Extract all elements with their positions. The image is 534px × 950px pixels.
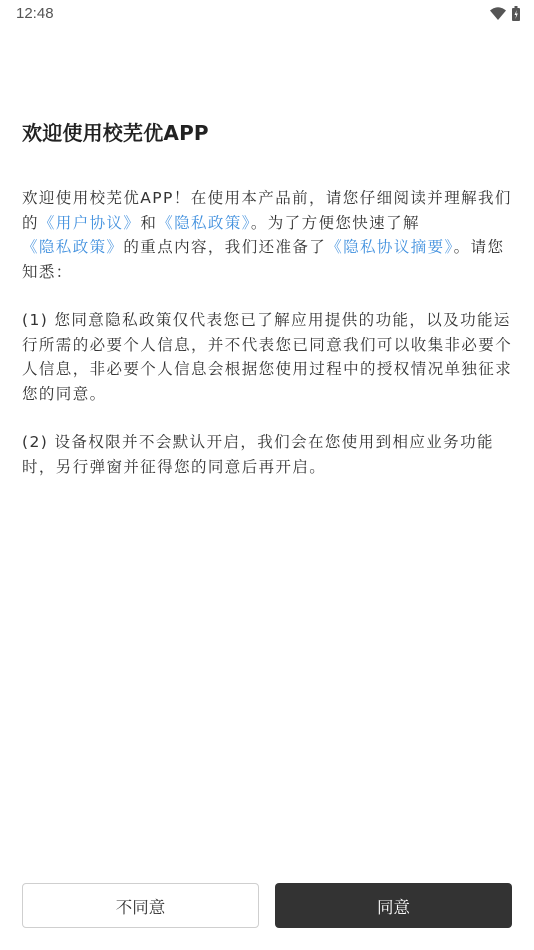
privacy-policy-link-2[interactable]: 《隐私政策》: [22, 238, 123, 256]
user-agreement-link[interactable]: 《用户协议》: [39, 214, 140, 232]
privacy-policy-link[interactable]: 《隐私政策》: [157, 214, 251, 232]
intro-paragraph: 欢迎使用校芜优APP！在使用本产品前，请您仔细阅读并理解我们的《用户协议》和《隐…: [22, 186, 514, 284]
intro-text: 的重点内容，我们还准备了: [123, 238, 326, 256]
status-bar: 12:48: [0, 0, 534, 28]
status-time: 12:48: [16, 5, 54, 22]
privacy-summary-link[interactable]: 《隐私协议摘要》: [326, 238, 453, 256]
action-buttons: 不同意 同意: [22, 883, 512, 928]
agree-button[interactable]: 同意: [275, 883, 512, 928]
battery-charging-icon: [512, 6, 520, 21]
status-icons: [490, 6, 520, 21]
point-1-paragraph: (1) 您同意隐私政策仅代表您已了解应用提供的功能，以及功能运行所需的必要个人信…: [22, 308, 514, 406]
intro-text: 和: [140, 214, 157, 232]
intro-text: 。为了方便您快速了解: [251, 214, 420, 232]
wifi-icon: [490, 7, 506, 20]
page-title: 欢迎使用校芜优APP: [22, 117, 209, 146]
disagree-button[interactable]: 不同意: [22, 883, 259, 928]
point-2-paragraph: (2) 设备权限并不会默认开启，我们会在您使用到相应业务功能时，另行弹窗并征得您…: [22, 430, 514, 479]
privacy-content: 欢迎使用校芜优APP！在使用本产品前，请您仔细阅读并理解我们的《用户协议》和《隐…: [22, 186, 514, 503]
